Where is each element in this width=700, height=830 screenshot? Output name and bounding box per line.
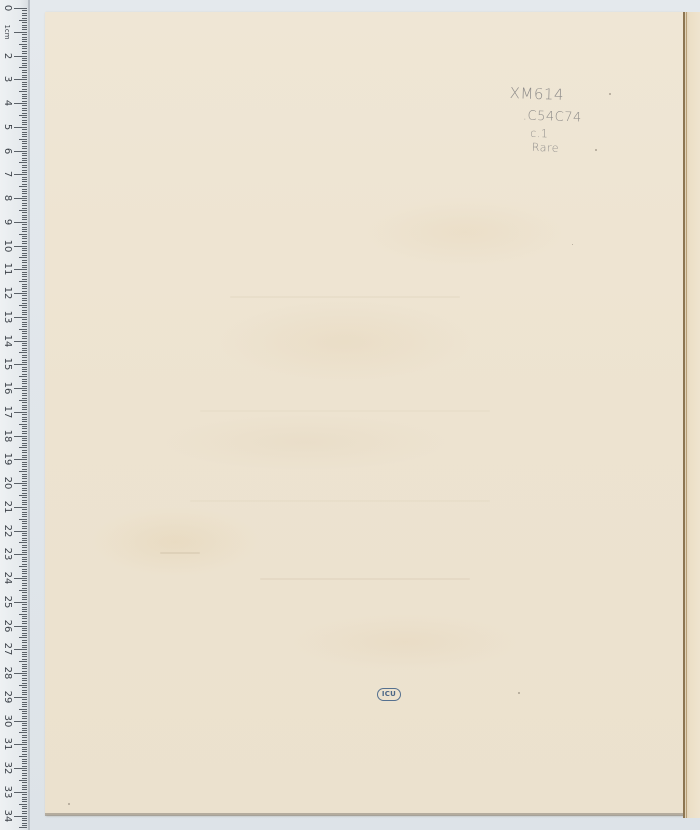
- ruler-tick: [22, 212, 27, 213]
- ruler-tick: [22, 141, 27, 142]
- ruler-tick: [22, 360, 27, 361]
- ruler-tick: [22, 820, 27, 821]
- ruler-tick: [19, 804, 27, 805]
- ruler-number: 22: [0, 524, 14, 538]
- ruler-tick: [22, 474, 27, 475]
- ruler-tick: [22, 284, 27, 285]
- ruler-tick: [14, 151, 27, 152]
- ruler-tick: [22, 355, 27, 356]
- ruler-tick: [22, 455, 27, 456]
- ruler-tick: [22, 307, 27, 308]
- ruler-tick: [19, 732, 27, 733]
- annotation-line-4: Rare: [532, 141, 581, 156]
- ruler-tick: [22, 108, 27, 109]
- ruler-tick: [14, 554, 27, 555]
- ruler-tick: [22, 813, 27, 814]
- ruler-number: 32: [0, 761, 14, 775]
- ruler-tick: [22, 75, 27, 76]
- ruler-number: 1cm: [0, 22, 14, 42]
- ruler-tick: [14, 103, 27, 104]
- ruler-tick: [22, 267, 27, 268]
- ruler-tick: [22, 63, 27, 64]
- ruler-tick: [22, 203, 27, 204]
- ruler-tick: [22, 488, 27, 489]
- paper-speck: [518, 692, 520, 694]
- ruler-tick: [22, 105, 27, 106]
- ruler-tick: [22, 205, 27, 206]
- ruler-tick: [22, 310, 27, 311]
- ruler-tick: [22, 730, 27, 731]
- ruler-tick: [14, 673, 27, 674]
- ruler-tick: [22, 196, 27, 197]
- ruler-tick: [22, 690, 27, 691]
- ruler-number: 27: [0, 642, 14, 656]
- ruler-edge: [28, 0, 30, 830]
- ruler-tick: [19, 661, 27, 662]
- ruler-number: 23: [0, 547, 14, 561]
- ruler-tick: [22, 713, 27, 714]
- ruler-tick: [22, 191, 27, 192]
- ruler-tick: [22, 243, 27, 244]
- ruler-tick: [22, 497, 27, 498]
- ruler-tick: [22, 272, 27, 273]
- ruler-tick: [19, 115, 27, 116]
- ruler-tick: [22, 248, 27, 249]
- ruler-tick: [14, 578, 27, 579]
- ruler-tick: [22, 469, 27, 470]
- ruler-tick: [22, 383, 27, 384]
- ruler-tick: [22, 782, 27, 783]
- ruler-tick: [22, 671, 27, 672]
- ruler-tick: [22, 134, 27, 135]
- ruler-tick: [22, 599, 27, 600]
- ruler-tick: [22, 51, 27, 52]
- ruler-tick: [22, 659, 27, 660]
- ruler-tick: [22, 680, 27, 681]
- ruler-tick: [14, 792, 27, 793]
- annotation-line-2: .C54C74: [523, 108, 582, 125]
- pencil-call-number-annotation: XM614 .C54C74 c.1 Rare: [508, 84, 583, 156]
- ruler-tick: [22, 478, 27, 479]
- ruler-tick: [19, 20, 27, 21]
- ruler-tick: [14, 198, 27, 199]
- ruler-tick: [22, 13, 27, 14]
- ruler-tick: [22, 421, 27, 422]
- ruler-tick: [22, 694, 27, 695]
- ruler-tick: [22, 823, 27, 824]
- ruler-tick: [22, 668, 27, 669]
- ruler-tick: [22, 153, 27, 154]
- ruler-tick: [19, 519, 27, 520]
- ruler-number: 13: [0, 310, 14, 324]
- ruler-tick: [22, 77, 27, 78]
- ruler-tick: [19, 447, 27, 448]
- ruler-tick: [22, 253, 27, 254]
- ruler-tick: [22, 754, 27, 755]
- ruler-tick: [22, 699, 27, 700]
- ruler-tick: [14, 341, 27, 342]
- ruler-tick: [22, 450, 27, 451]
- ruler-tick: [22, 219, 27, 220]
- ruler-tick: [22, 82, 27, 83]
- ruler-tick: [19, 67, 27, 68]
- ruler-tick: [22, 172, 27, 173]
- ruler-number: 17: [0, 405, 14, 419]
- ruler-tick: [22, 664, 27, 665]
- ruler-tick: [22, 466, 27, 467]
- ruler-tick: [19, 590, 27, 591]
- ruler-tick: [22, 512, 27, 513]
- ruler-tick: [22, 402, 27, 403]
- ruler-tick: [22, 502, 27, 503]
- ruler-tick: [22, 452, 27, 453]
- ruler-tick: [22, 362, 27, 363]
- ruler-tick: [19, 44, 27, 45]
- ruler-tick: [22, 160, 27, 161]
- ruler-tick: [22, 189, 27, 190]
- ruler-tick: [22, 550, 27, 551]
- ruler-tick: [14, 459, 27, 460]
- ruler-tick: [22, 504, 27, 505]
- ruler-tick: [19, 827, 27, 828]
- ruler-tick: [22, 369, 27, 370]
- ruler-tick: [22, 514, 27, 515]
- ruler-tick: [22, 276, 27, 277]
- ruler-tick: [22, 723, 27, 724]
- ruler-tick: [22, 70, 27, 71]
- ruler-tick: [22, 666, 27, 667]
- ruler-tick: [22, 129, 27, 130]
- ruler-tick: [22, 336, 27, 337]
- ruler-number: 10: [0, 239, 14, 253]
- ruler-tick: [22, 656, 27, 657]
- ruler-tick: [22, 260, 27, 261]
- ruler-tick: [22, 585, 27, 586]
- ruler-tick: [22, 96, 27, 97]
- ruler-tick: [22, 345, 27, 346]
- ruler-tick: [22, 46, 27, 47]
- ruler-tick: [22, 146, 27, 147]
- ruler-tick: [22, 208, 27, 209]
- ruler-number: 24: [0, 571, 14, 585]
- ruler-tick: [22, 120, 27, 121]
- ruler-tick: [22, 789, 27, 790]
- ruler-tick: [22, 184, 27, 185]
- ruler-tick: [22, 806, 27, 807]
- ruler-tick: [22, 761, 27, 762]
- ruler-tick: [22, 443, 27, 444]
- ruler-tick: [22, 414, 27, 415]
- ruler-tick: [22, 405, 27, 406]
- ruler-number: 33: [0, 785, 14, 799]
- bleed-through-line: [260, 578, 470, 580]
- ruler-tick: [14, 816, 27, 817]
- ruler-tick: [22, 623, 27, 624]
- ruler-tick: [22, 759, 27, 760]
- ruler-tick: [19, 186, 27, 187]
- ruler-tick: [22, 148, 27, 149]
- ruler-tick: [22, 725, 27, 726]
- ruler-tick: [22, 716, 27, 717]
- ruler-tick: [22, 136, 27, 137]
- ruler-tick: [22, 58, 27, 59]
- ruler-tick: [22, 770, 27, 771]
- annotation-line-1: XM614: [509, 84, 582, 105]
- ruler-number: 9: [0, 215, 14, 229]
- ruler-tick: [22, 255, 27, 256]
- ruler-tick: [19, 281, 27, 282]
- ruler-tick: [22, 229, 27, 230]
- ruler-tick: [14, 602, 27, 603]
- ruler-tick: [19, 329, 27, 330]
- ruler-tick: [22, 635, 27, 636]
- ruler-tick: [22, 628, 27, 629]
- ruler-tick: [22, 547, 27, 548]
- ruler-tick: [22, 84, 27, 85]
- ruler-tick: [22, 41, 27, 42]
- paper-speck: [609, 93, 611, 95]
- ruler-tick: [22, 702, 27, 703]
- ruler-tick: [22, 170, 27, 171]
- ruler-tick: [22, 86, 27, 87]
- ruler-number: 25: [0, 595, 14, 609]
- ruler-number: 14: [0, 334, 14, 348]
- ruler-tick: [22, 569, 27, 570]
- ruler-tick: [22, 279, 27, 280]
- ruler-tick: [22, 500, 27, 501]
- ruler-tick: [22, 485, 27, 486]
- ruler-tick: [22, 348, 27, 349]
- ruler-tick: [22, 540, 27, 541]
- ruler-tick: [19, 424, 27, 425]
- ruler-tick: [22, 227, 27, 228]
- ruler-tick: [22, 319, 27, 320]
- ruler-tick: [19, 376, 27, 377]
- ruler-tick: [22, 98, 27, 99]
- centimeter-ruler: 01cm234567891011121314151617181920212223…: [0, 0, 30, 830]
- ruler-tick: [22, 165, 27, 166]
- ruler-tick: [22, 595, 27, 596]
- ruler-tick: [22, 231, 27, 232]
- ruler-tick: [22, 393, 27, 394]
- ruler-tick: [22, 564, 27, 565]
- ruler-tick: [22, 110, 27, 111]
- ruler-tick: [22, 609, 27, 610]
- ruler-tick: [22, 718, 27, 719]
- ruler-tick: [22, 640, 27, 641]
- ruler-tick: [14, 364, 27, 365]
- ruler-tick: [14, 744, 27, 745]
- ruler-tick: [22, 48, 27, 49]
- ruler-tick: [22, 573, 27, 574]
- ruler-tick: [22, 521, 27, 522]
- ruler-tick: [22, 426, 27, 427]
- ruler-tick: [22, 588, 27, 589]
- ruler-tick: [22, 379, 27, 380]
- ruler-tick: [14, 768, 27, 769]
- ruler-tick: [22, 476, 27, 477]
- annotation-line-3: c.1: [530, 127, 581, 142]
- ruler-number: 4: [0, 96, 14, 110]
- ruler-tick: [14, 293, 27, 294]
- ruler-tick: [19, 352, 27, 353]
- library-stamp: ICU: [377, 688, 401, 701]
- ruler-tick: [22, 654, 27, 655]
- ruler-tick: [22, 801, 27, 802]
- ruler-tick: [22, 357, 27, 358]
- bleed-through-line: [160, 552, 200, 554]
- ruler-number: 21: [0, 500, 14, 514]
- ruler-tick: [19, 139, 27, 140]
- ruler-number: 0: [0, 1, 14, 15]
- ruler-tick: [22, 678, 27, 679]
- ruler-tick: [22, 177, 27, 178]
- ruler-tick: [22, 825, 27, 826]
- ruler-tick: [22, 132, 27, 133]
- ruler-tick: [22, 250, 27, 251]
- ruler-tick: [22, 621, 27, 622]
- ruler-tick: [14, 412, 27, 413]
- ruler-tick: [22, 683, 27, 684]
- ruler-tick: [14, 79, 27, 80]
- ruler-number: 5: [0, 120, 14, 134]
- ruler-tick: [22, 274, 27, 275]
- ruler-number: 30: [0, 714, 14, 728]
- paper-speck: [572, 244, 573, 245]
- ruler-tick: [14, 436, 27, 437]
- ruler-tick: [14, 626, 27, 627]
- ruler-tick: [22, 749, 27, 750]
- ruler-tick: [14, 317, 27, 318]
- ruler-tick: [22, 193, 27, 194]
- ruler-tick: [22, 763, 27, 764]
- ruler-tick: [14, 127, 27, 128]
- ruler-tick: [22, 580, 27, 581]
- ruler-tick: [19, 637, 27, 638]
- paper-speck: [68, 803, 70, 805]
- ruler-tick: [22, 322, 27, 323]
- ruler-tick: [14, 269, 27, 270]
- ruler-tick: [22, 371, 27, 372]
- ruler-tick: [22, 27, 27, 28]
- ruler-number: 7: [0, 167, 14, 181]
- ruler-tick: [22, 65, 27, 66]
- ruler-tick: [22, 343, 27, 344]
- ruler-tick: [22, 238, 27, 239]
- ruler-tick: [19, 566, 27, 567]
- paper-speck: [595, 149, 597, 151]
- ruler-tick: [22, 241, 27, 242]
- ruler-tick: [22, 778, 27, 779]
- ruler-tick: [22, 25, 27, 26]
- ruler-tick: [22, 303, 27, 304]
- page-gutter-line: [683, 12, 685, 818]
- ruler-tick: [19, 614, 27, 615]
- ruler-tick: [14, 32, 27, 33]
- ruler-number: 15: [0, 357, 14, 371]
- ruler-tick: [22, 286, 27, 287]
- ruler-tick: [22, 692, 27, 693]
- ruler-tick: [19, 471, 27, 472]
- ruler-tick: [22, 490, 27, 491]
- bleed-through-line: [230, 296, 460, 298]
- ruler-number: 26: [0, 619, 14, 633]
- ruler-tick: [22, 295, 27, 296]
- ruler-tick: [22, 291, 27, 292]
- ruler-tick: [22, 300, 27, 301]
- ruler-tick: [19, 709, 27, 710]
- ruler-tick: [22, 10, 27, 11]
- ruler-tick: [22, 523, 27, 524]
- ruler-tick: [22, 787, 27, 788]
- ruler-tick: [22, 571, 27, 572]
- ruler-tick: [22, 645, 27, 646]
- ruler-tick: [14, 649, 27, 650]
- ruler-tick: [14, 697, 27, 698]
- ruler-tick: [19, 210, 27, 211]
- ruler-tick: [22, 773, 27, 774]
- ruler-tick: [22, 526, 27, 527]
- ruler-tick: [22, 559, 27, 560]
- ruler-number: 28: [0, 666, 14, 680]
- ruler-number: 20: [0, 476, 14, 490]
- ruler-tick: [22, 124, 27, 125]
- ruler-tick: [22, 298, 27, 299]
- ruler-tick: [22, 462, 27, 463]
- ruler-tick: [22, 34, 27, 35]
- ruler-tick: [22, 633, 27, 634]
- ruler-tick: [22, 215, 27, 216]
- ruler-tick: [22, 101, 27, 102]
- ruler-tick: [22, 37, 27, 38]
- ruler-tick: [22, 552, 27, 553]
- ruler-tick: [22, 797, 27, 798]
- ruler-tick: [22, 15, 27, 16]
- ruler-tick: [19, 91, 27, 92]
- ruler-tick: [22, 535, 27, 536]
- ruler-tick: [19, 257, 27, 258]
- ruler-tick: [22, 576, 27, 577]
- ruler-tick: [22, 445, 27, 446]
- ruler-tick: [19, 756, 27, 757]
- ruler-tick: [19, 542, 27, 543]
- ruler-tick: [22, 728, 27, 729]
- ruler-tick: [22, 265, 27, 266]
- ruler-tick: [22, 94, 27, 95]
- ruler-tick: [22, 398, 27, 399]
- ruler-tick: [14, 8, 27, 9]
- bleed-through-line: [190, 500, 490, 502]
- ruler-tick: [22, 417, 27, 418]
- ruler-tick: [22, 428, 27, 429]
- ruler-number: 18: [0, 429, 14, 443]
- ruler-tick: [19, 400, 27, 401]
- ruler-tick: [22, 113, 27, 114]
- ruler-tick: [14, 721, 27, 722]
- ruler-tick: [22, 18, 27, 19]
- ruler-tick: [14, 531, 27, 532]
- ruler-tick: [22, 611, 27, 612]
- ruler-tick: [22, 737, 27, 738]
- ruler-tick: [22, 89, 27, 90]
- ruler-tick: [22, 706, 27, 707]
- ruler-number: 3: [0, 72, 14, 86]
- ruler-tick: [14, 222, 27, 223]
- ruler-tick: [14, 507, 27, 508]
- ruler-tick: [22, 419, 27, 420]
- ruler-tick: [22, 808, 27, 809]
- ruler-tick: [22, 583, 27, 584]
